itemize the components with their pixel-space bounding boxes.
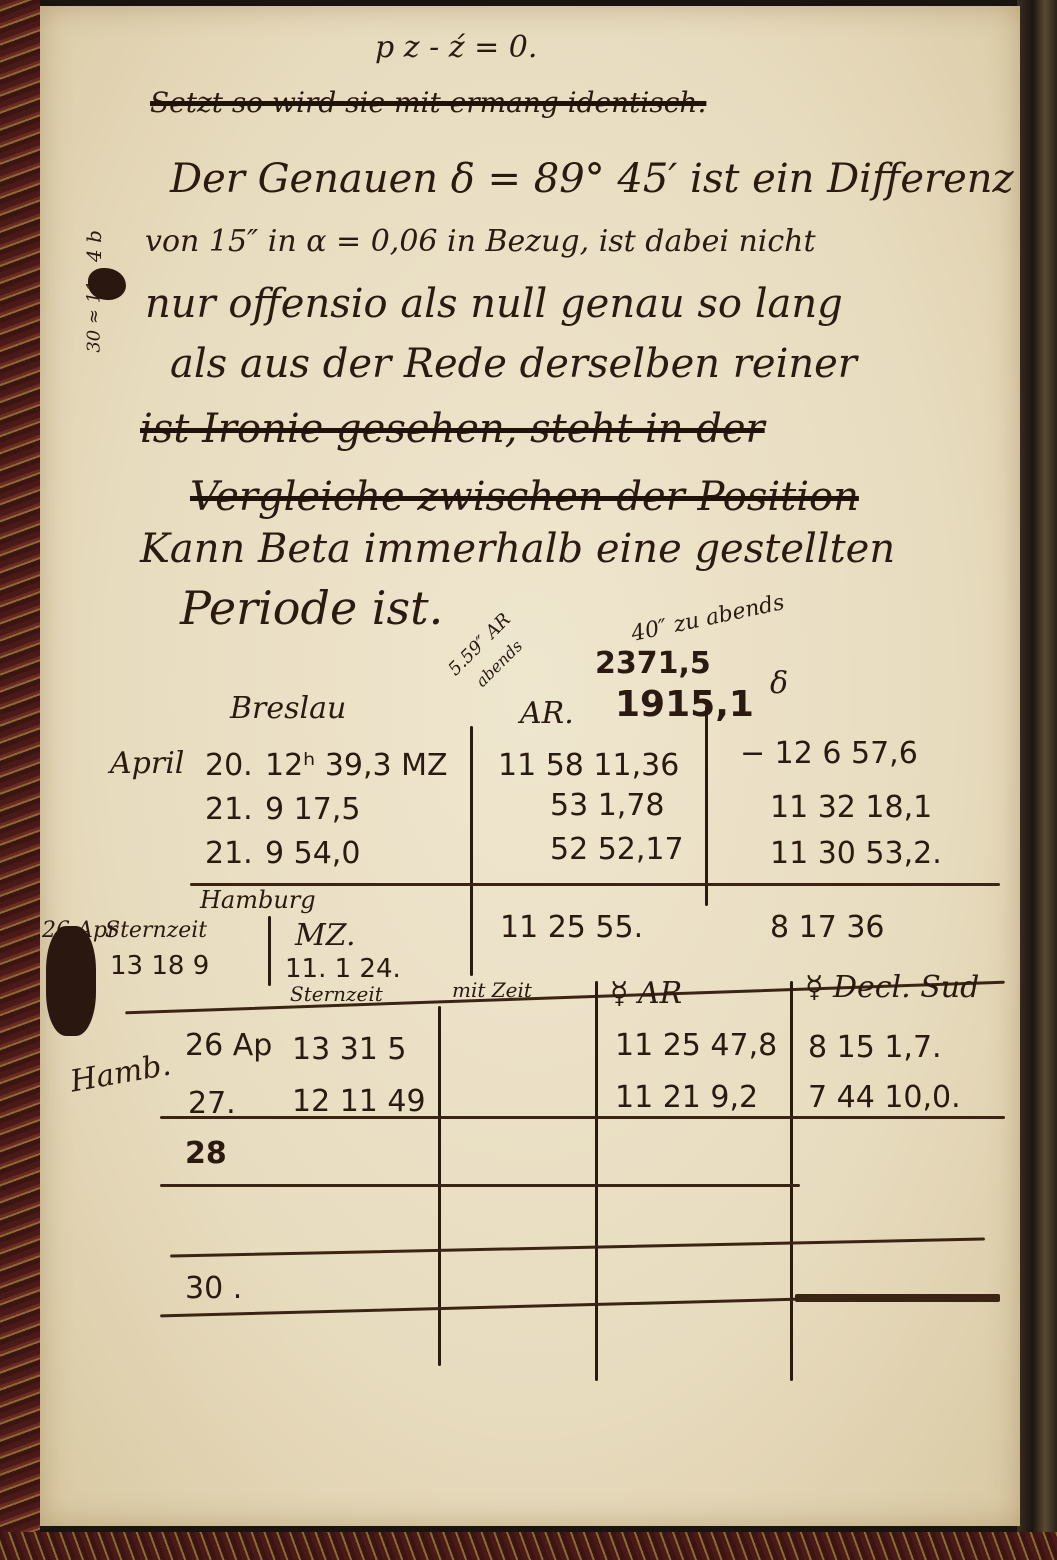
hamb-row-2-sternzeit: 12 11 49	[292, 1084, 426, 1119]
hamb-row-3-date: 28	[185, 1136, 227, 1171]
breslau-row-3-day: 21.	[205, 836, 253, 871]
hamb-row-1-sternzeit: 13 31 5	[292, 1032, 407, 1067]
hamb-row-1-date: 26 Ap	[185, 1028, 272, 1063]
breslau-row-1-time: 12ʰ 39,3 MZ	[265, 748, 448, 783]
ink-blot-left	[46, 926, 96, 1036]
breslau-divider-2	[705, 706, 708, 906]
sum-bottom: 1915,1	[615, 684, 754, 725]
breslau-row-1-day: 20.	[205, 748, 253, 783]
prose-line-3: von 15″ in α = 0,06 in Bezug, ist dabei …	[145, 224, 816, 259]
book-spine	[1017, 0, 1057, 1560]
breslau-divider-1	[470, 726, 473, 976]
breslau-title: Breslau	[230, 691, 346, 726]
hamburg-mz-label: MZ.	[295, 918, 356, 953]
breslau-row-2-time: 9 17,5	[265, 792, 360, 827]
hamb-rule-4	[160, 1298, 800, 1318]
hamburg-delta: 8 17 36	[770, 910, 885, 945]
hamburg-mz: 11. 1 24.	[285, 954, 401, 984]
hamb-place: Hamb.	[68, 1047, 174, 1099]
hamb-col-mitzeit: mit Zeit	[452, 978, 532, 1002]
breslau-row-3-time: 9 54,0	[265, 836, 360, 871]
hamburg-sternzeit-label: Sternzeit	[105, 918, 207, 943]
header-formula: p z - ź = 0.	[375, 30, 537, 65]
hamb-row-1-ar: 11 25 47,8	[615, 1028, 777, 1063]
breslau-row-1-month: April	[110, 746, 184, 781]
hamburg-title: Hamburg	[200, 886, 316, 914]
breslau-col-ar: AR.	[520, 696, 574, 731]
hamburg-sternzeit: 13 18 9	[110, 951, 209, 981]
hamb-row-1-dec: 8 15 1,7.	[808, 1030, 942, 1065]
breslau-col-delta: δ	[770, 666, 788, 701]
breslau-row-2-delta: 11 32 18,1	[770, 790, 932, 825]
hamb-rule-4-heavy	[795, 1294, 1000, 1302]
prose-line-4: nur offensio als null genau so lang	[145, 281, 843, 327]
hamb-row-5-date: 30 .	[185, 1271, 242, 1306]
breslau-row-3-ar: 52 52,17	[550, 832, 684, 867]
breslau-row-1-ar: 11 58 11,36	[498, 748, 679, 783]
prose-line-8: Kann Beta immerhalb eine gestellten	[140, 526, 895, 572]
hamb-row-2-ar: 11 21 9,2	[615, 1080, 758, 1115]
prose-line-9: Periode ist.	[180, 581, 443, 635]
prose-line-6: ist Ironie gesehen, steht in der	[140, 406, 765, 452]
margin-note-top: 4 b	[82, 230, 106, 262]
breslau-row-1-delta: − 12 6 57,6	[740, 736, 918, 771]
book-cover-bottom	[0, 1532, 1057, 1560]
breslau-row-3-delta: 11 30 53,2.	[770, 836, 942, 871]
manuscript-page: p z - ź = 0. 4 b 30 ≈ 11 Setzt so wird …	[40, 6, 1020, 1526]
sum-top: 2371,5	[595, 646, 711, 681]
hamb-rule-1	[160, 1116, 1005, 1119]
prose-line-1: Setzt so wird sie mit ermang identisch.	[150, 86, 706, 119]
breslau-row-2-day: 21.	[205, 792, 253, 827]
ink-blot	[88, 268, 126, 300]
hamb-divider-3	[790, 981, 793, 1381]
hamb-col-ar: ☿ AR	[610, 976, 682, 1011]
annotation-b: 40″ zu abends	[629, 590, 787, 647]
hamburg-divider	[268, 916, 271, 986]
hamb-divider-2	[595, 981, 598, 1381]
prose-line-5: als aus der Rede derselben reiner	[170, 341, 857, 387]
prose-line-7: Vergleiche zwischen der Position	[190, 474, 859, 520]
hamb-row-2-dec: 7 44 10,0.	[808, 1080, 961, 1115]
prose-line-2: Der Genauen δ = 89° 45′ ist ein Differen…	[170, 156, 1014, 202]
hamb-rule-2	[160, 1184, 800, 1187]
hamb-col-dec: ☿ Decl. Sud	[805, 970, 979, 1005]
breslau-row-2-ar: 53 1,78	[550, 788, 665, 823]
book-cover-left	[0, 0, 40, 1560]
hamb-rule-3	[170, 1237, 985, 1257]
hamburg-ar: 11 25 55.	[500, 910, 643, 945]
hamb-col-sternzeit: Sternzeit	[290, 982, 383, 1006]
